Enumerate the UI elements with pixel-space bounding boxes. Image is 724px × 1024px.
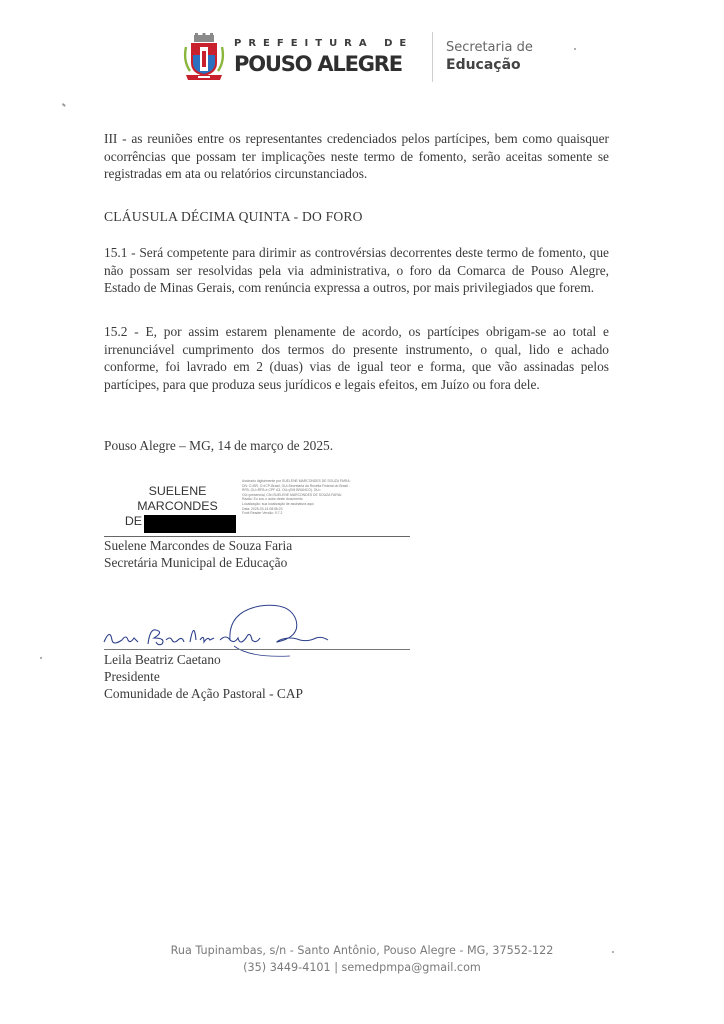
signer-2-label: Leila Beatriz Caetano Presidente Comunid… [104, 651, 303, 702]
footer-contact: (35) 3449-4101 | semedpmpa@gmail.com [0, 959, 724, 976]
department-line1: Secretaria de [446, 40, 533, 56]
paragraph-15-1: 15.1 - Será competente para dirimir as c… [104, 244, 609, 297]
scan-speck [612, 951, 614, 953]
digital-signature-meta: Assinado digitalmente por SUELENE MARCON… [242, 479, 412, 516]
signer-2-organization: Comunidade de Ação Pastoral - CAP [104, 685, 303, 702]
scan-speck [62, 103, 66, 107]
signer-1-name: Suelene Marcondes de Souza Faria [104, 538, 292, 555]
brand-city: POUSO ALEGRE [234, 52, 413, 76]
redaction-box [144, 515, 236, 533]
brand: PREFEITURA DE POUSO ALEGRE [234, 38, 413, 76]
digital-signature-meta-line: Foxit Reader Versão: 9.7.2 [242, 511, 412, 516]
department: Secretaria de Educação [446, 40, 533, 74]
scan-speck [40, 657, 42, 659]
date-line: Pouso Alegre – MG, 14 de março de 2025. [104, 438, 333, 454]
digital-signature-block: SUELENE MARCONDES DE SOUZA FARIA: Assina… [104, 478, 409, 538]
footer: Rua Tupinambas, s/n - Santo Antônio, Pou… [0, 942, 724, 976]
signature-line-2 [104, 649, 410, 650]
letterhead: PREFEITURA DE POUSO ALEGRE Secretaria de… [180, 30, 580, 85]
header-divider [432, 32, 433, 82]
signer-1-role: Secretária Municipal de Educação [104, 555, 292, 572]
scan-speck [574, 48, 576, 50]
footer-address: Rua Tupinambas, s/n - Santo Antônio, Pou… [0, 942, 724, 959]
department-line2: Educação [446, 56, 533, 74]
coat-of-arms-icon [180, 33, 228, 81]
paragraph-iii: III - as reuniões entre os representante… [104, 130, 609, 183]
paragraph-15-2: 15.2 - E, por assim estarem plenamente d… [104, 323, 609, 393]
signer-1-label: Suelene Marcondes de Souza Faria Secretá… [104, 538, 292, 571]
brand-prefix: PREFEITURA DE [234, 38, 413, 50]
signer-2-name: Leila Beatriz Caetano [104, 651, 303, 668]
clause-heading: CLÁUSULA DÉCIMA QUINTA - DO FORO [104, 209, 363, 225]
digital-signer-line1: SUELENE MARCONDES [110, 484, 245, 514]
signer-2-role: Presidente [104, 668, 303, 685]
signature-line-1 [104, 536, 410, 537]
